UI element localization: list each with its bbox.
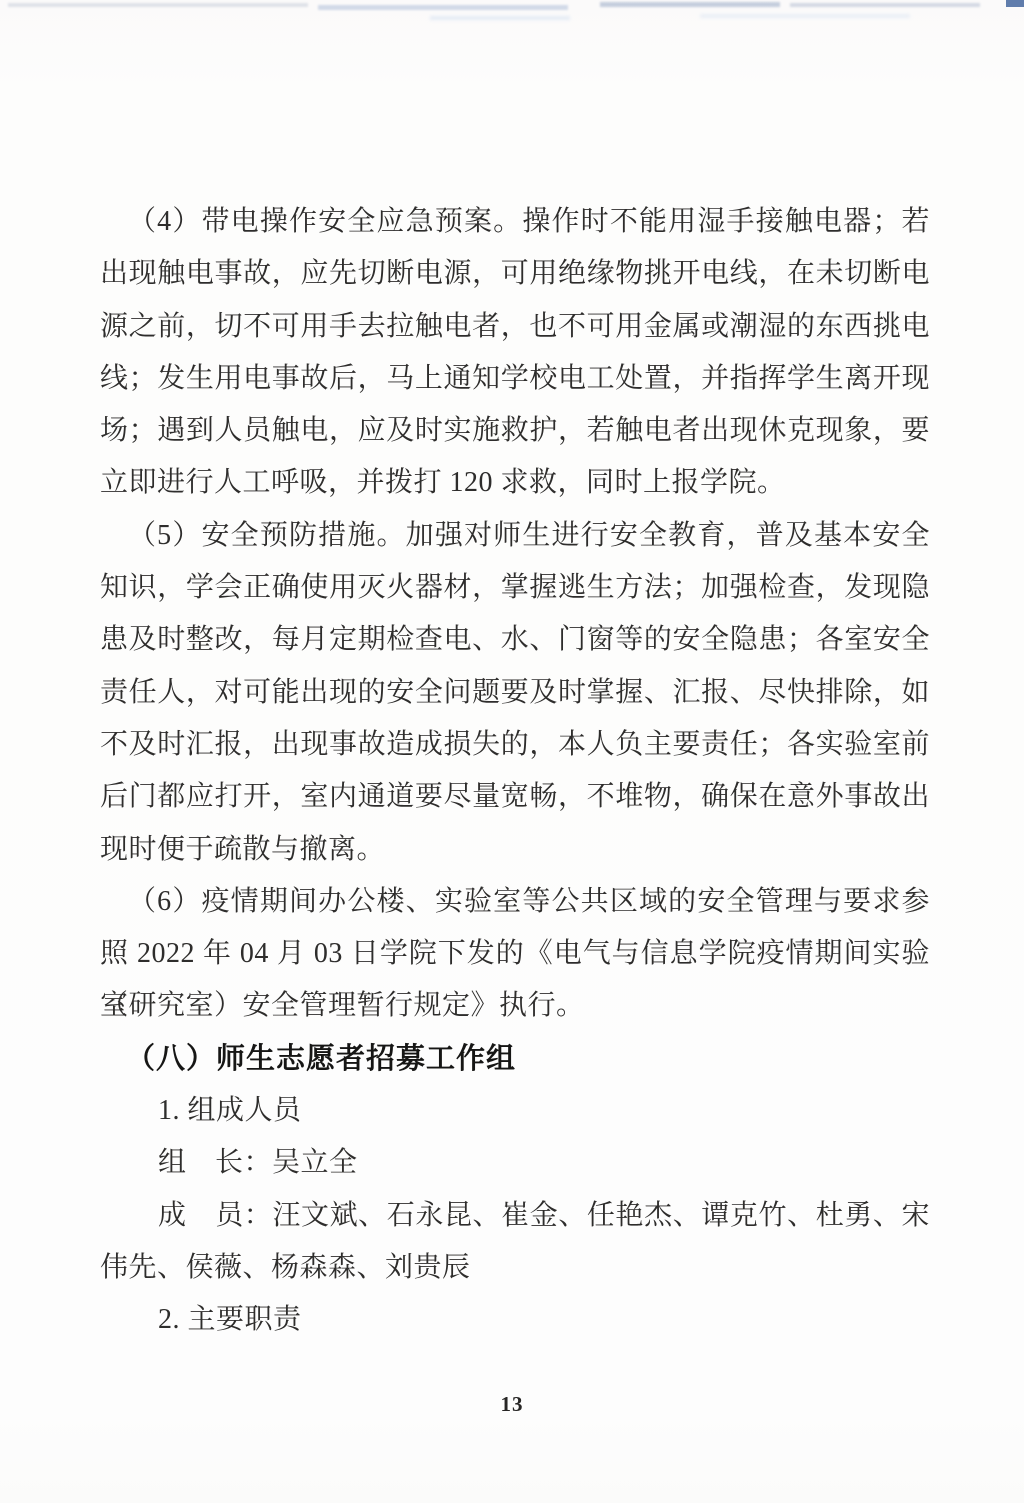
paragraph-4-line: 场；遇到人员触电，应及时实施救护，若触电者出现休克现象，要 — [100, 405, 930, 457]
group-leader-line: 组 长：吴立全 — [100, 1137, 930, 1189]
group-members-line: 成 员：汪文斌、石永昆、崔金、任艳杰、谭克竹、杜勇、宋 — [100, 1190, 930, 1242]
scan-artifact-top-edge — [318, 5, 568, 10]
list-item-duties-title: 2. 主要职责 — [100, 1294, 930, 1346]
scan-artifact-corner-block — [1006, 0, 1024, 7]
document-body: （4）带电操作安全应急预案。操作时不能用湿手接触电器；若 出现触电事故，应先切断… — [100, 196, 930, 1347]
scan-artifact-top-edge — [600, 2, 780, 7]
paragraph-5-line: 后门都应打开，室内通道要尽量宽畅，不堆物，确保在意外事故出 — [100, 771, 930, 823]
page-number: 13 — [0, 1392, 1024, 1417]
paragraph-6-line: 照 2022 年 04 月 03 日学院下发的《电气与信息学院疫情期间实验室 — [100, 928, 930, 980]
section-heading-volunteer-group: （八）师生志愿者招募工作组 — [100, 1033, 930, 1085]
paragraph-6-line: （6）疫情期间办公楼、实验室等公共区域的安全管理与要求参 — [100, 876, 930, 928]
paragraph-5-line: （5）安全预防措施。加强对师生进行安全教育，普及基本安全 — [100, 510, 930, 562]
list-item-members-title: 1. 组成人员 — [100, 1085, 930, 1137]
paragraph-6-line: （研究室）安全管理暂行规定》执行。 — [100, 980, 930, 1032]
document-page: （4）带电操作安全应急预案。操作时不能用湿手接触电器；若 出现触电事故，应先切断… — [0, 0, 1024, 1503]
scan-artifact-top-edge — [8, 3, 308, 7]
paragraph-4-line: 出现触电事故，应先切断电源，可用绝缘物挑开电线，在未切断电 — [100, 248, 930, 300]
paragraph-5-line: 不及时汇报，出现事故造成损失的，本人负主要责任；各实验室前 — [100, 719, 930, 771]
paragraph-5-line: 知识，学会正确使用灭火器材，掌握逃生方法；加强检查，发现隐 — [100, 562, 930, 614]
paragraph-5-line: 现时便于疏散与撤离。 — [100, 824, 930, 876]
paragraph-4-line: 线；发生用电事故后，马上通知学校电工处置，并指挥学生离开现 — [100, 353, 930, 405]
scan-artifact-top-edge — [700, 14, 910, 18]
group-members-line: 伟先、侯薇、杨森森、刘贵辰 — [100, 1242, 930, 1294]
scan-artifact-top-edge — [430, 16, 570, 20]
paragraph-5-line: 患及时整改，每月定期检查电、水、门窗等的安全隐患；各室安全 — [100, 614, 930, 666]
paragraph-5-line: 责任人，对可能出现的安全问题要及时掌握、汇报、尽快排除，如 — [100, 667, 930, 719]
paragraph-4-line: 源之前，切不可用手去拉触电者，也不可用金属或潮湿的东西挑电 — [100, 301, 930, 353]
paragraph-4-line: 立即进行人工呼吸，并拨打 120 求救，同时上报学院。 — [100, 457, 930, 509]
paragraph-4-line: （4）带电操作安全应急预案。操作时不能用湿手接触电器；若 — [100, 196, 930, 248]
scan-artifact-top-edge — [790, 3, 980, 7]
